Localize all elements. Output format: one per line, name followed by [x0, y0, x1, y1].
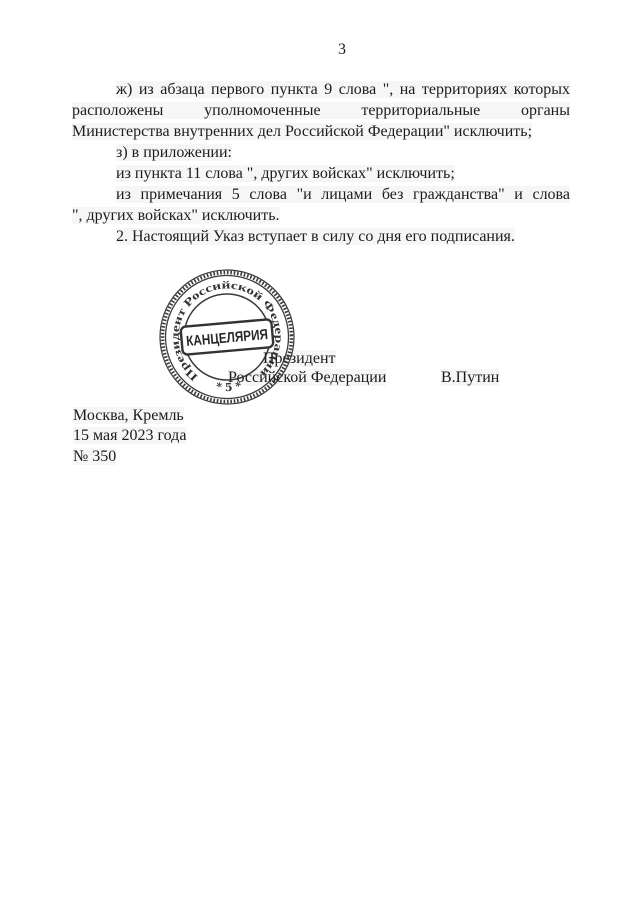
document-page: 3 ж) из абзаца первого пункта 9 слова ",…	[0, 0, 640, 905]
official-seal-stamp: Президент Российской Федерации * 5 * КАН…	[154, 264, 301, 411]
body-line: из примечания 5 слова "и лицами без граж…	[72, 184, 570, 205]
footer-number: № 350	[73, 447, 186, 467]
page-number: 3	[338, 41, 346, 59]
signature-name: В.Путин	[441, 369, 499, 387]
document-body: ж) из абзаца первого пункта 9 слова ", н…	[72, 79, 570, 247]
footer-place: Москва, Кремль	[73, 406, 186, 426]
body-line: ж) из абзаца первого пункта 9 слова ", н…	[72, 79, 570, 100]
seal-bottom-text: * 5 *	[215, 379, 244, 394]
svg-text:* 5 *: * 5 *	[215, 379, 244, 394]
body-line: Министерства внутренних дел Российской Ф…	[72, 121, 570, 142]
footer-block: Москва, Кремль 15 мая 2023 года № 350	[73, 406, 186, 467]
body-line: з) в приложении:	[72, 142, 570, 163]
body-line: 2. Настоящий Указ вступает в силу со дня…	[72, 226, 570, 247]
seal-icon: Президент Российской Федерации * 5 * КАН…	[154, 264, 301, 411]
footer-date: 15 мая 2023 года	[73, 426, 186, 446]
body-line: расположены уполномоченные территориальн…	[72, 100, 570, 121]
body-line: из пункта 11 слова ", других войсках" ис…	[72, 163, 570, 184]
body-line: ", других войсках" исключить.	[72, 205, 570, 226]
